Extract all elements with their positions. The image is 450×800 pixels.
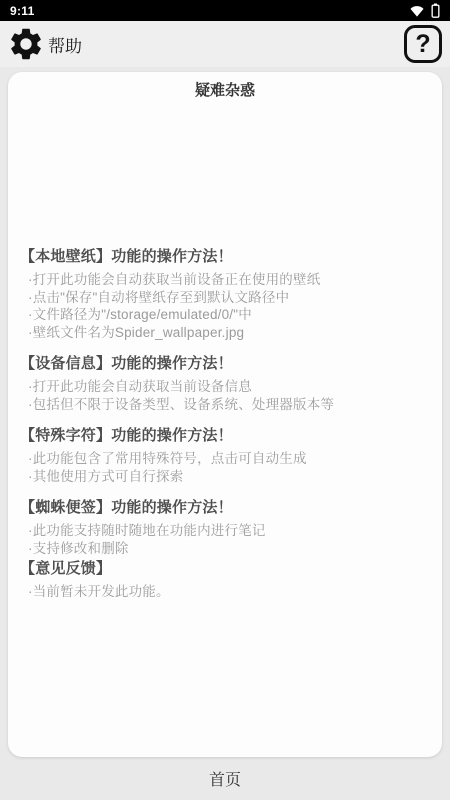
wifi-icon	[410, 4, 424, 17]
section-item: ·此功能支持随时随地在功能内进行笔记	[20, 522, 430, 540]
nav-home[interactable]: 首页	[209, 767, 241, 790]
settings-button[interactable]	[6, 24, 46, 64]
section-item: ·点击"保存"自动将壁纸存至到默认文路径中	[20, 289, 430, 307]
help-icon[interactable]: ?	[404, 25, 442, 63]
section-item: ·壁纸文件名为Spider_wallpaper.jpg	[20, 324, 430, 342]
gear-icon	[7, 25, 45, 63]
section-heading: 【本地壁纸】功能的操作方法！	[20, 247, 430, 266]
section-item: ·文件路径为"/storage/emulated/0/"中	[20, 306, 430, 324]
section-item: ·包括但不限于设备类型、设备系统、处理器版本等	[20, 396, 430, 414]
section-local-wallpaper: 【本地壁纸】功能的操作方法！ ·打开此功能会自动获取当前设备正在使用的壁纸 ·点…	[20, 247, 430, 341]
section-item: ·当前暂未开发此功能。	[20, 583, 430, 601]
section-item: ·打开此功能会自动获取当前设备正在使用的壁纸	[20, 271, 430, 289]
section-heading: 【特殊字符】功能的操作方法！	[20, 426, 430, 445]
section-item: ·打开此功能会自动获取当前设备信息	[20, 378, 430, 396]
card-title: 疑难杂惑	[20, 72, 430, 100]
clock: 9:11	[10, 4, 35, 18]
section-feedback: 【意见反馈】 ·当前暂未开发此功能。	[20, 559, 430, 601]
section-item: ·其他使用方式可自行探索	[20, 468, 430, 486]
status-bar: 9:11	[0, 0, 450, 21]
section-item: ·支持修改和删除	[20, 540, 430, 558]
section-heading: 【意见反馈】	[20, 559, 430, 578]
bottom-nav: 首页	[0, 757, 450, 800]
section-heading: 【蜘蛛便签】功能的操作方法！	[20, 498, 430, 517]
section-heading: 【设备信息】功能的操作方法！	[20, 354, 430, 373]
page-title: 帮助	[48, 32, 82, 57]
section-spider-notes: 【蜘蛛便签】功能的操作方法！ ·此功能支持随时随地在功能内进行笔记 ·支持修改和…	[20, 498, 430, 557]
section-device-info: 【设备信息】功能的操作方法！ ·打开此功能会自动获取当前设备信息 ·包括但不限于…	[20, 354, 430, 413]
section-special-chars: 【特殊字符】功能的操作方法！ ·此功能包含了常用特殊符号，点击可自动生成 ·其他…	[20, 426, 430, 485]
title-gap	[20, 100, 430, 234]
section-item: ·此功能包含了常用特殊符号，点击可自动生成	[20, 450, 430, 468]
battery-icon	[431, 3, 440, 18]
help-card: 疑难杂惑 【本地壁纸】功能的操作方法！ ·打开此功能会自动获取当前设备正在使用的…	[8, 72, 442, 757]
app-bar: 帮助 ?	[0, 21, 450, 67]
